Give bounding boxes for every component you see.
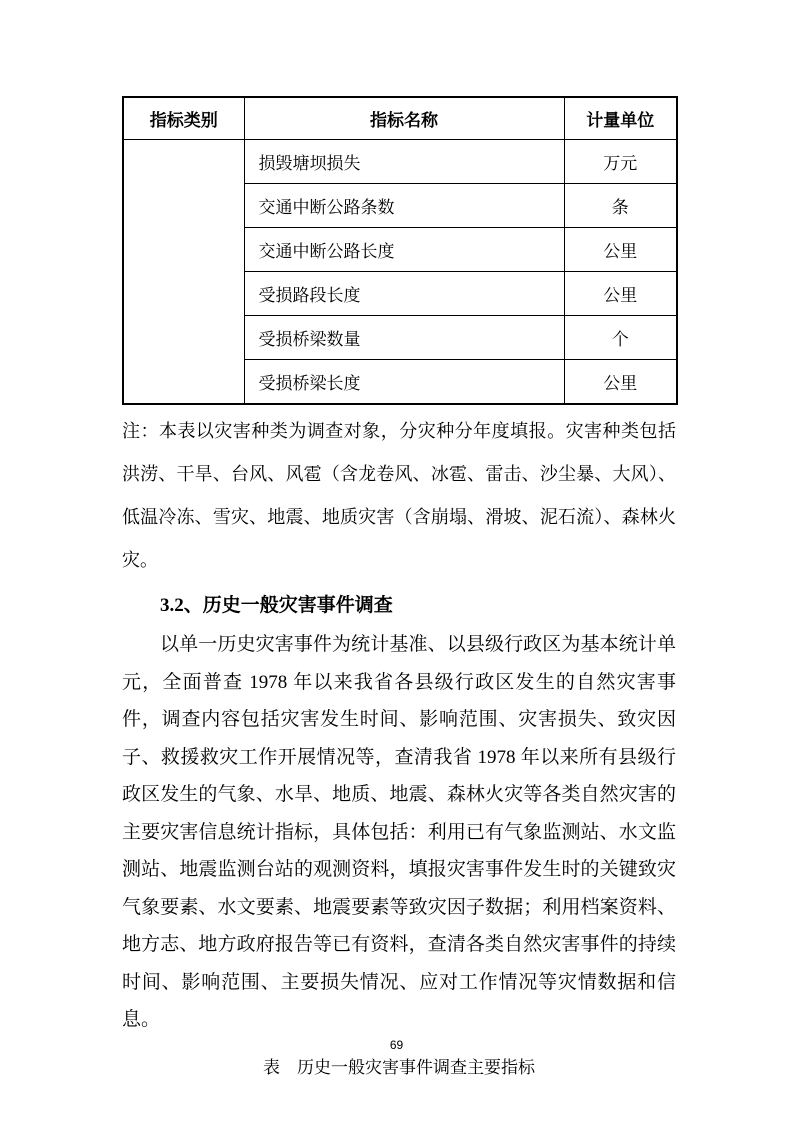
table-row: 损毁塘坝损失 万元	[123, 140, 677, 184]
section-heading: 3.2、历史一般灾害事件调查	[122, 590, 676, 622]
indicator-name-cell: 受损路段长度	[244, 272, 564, 316]
section-paragraph: 以单一历史灾害事件为统计基准、以县级行政区为基本统计单元，全面普查 1978 年…	[122, 626, 676, 1039]
indicator-table: 指标类别 指标名称 计量单位 损毁塘坝损失 万元 交通中断公路条数 条 交通中断…	[122, 96, 678, 405]
indicator-name-cell: 受损桥梁数量	[244, 316, 564, 360]
page-content: 指标类别 指标名称 计量单位 损毁塘坝损失 万元 交通中断公路条数 条 交通中断…	[122, 96, 676, 1078]
unit-cell: 条	[564, 184, 677, 228]
unit-cell: 万元	[564, 140, 677, 184]
indicator-name-cell: 交通中断公路长度	[244, 228, 564, 272]
unit-cell: 公里	[564, 272, 677, 316]
unit-cell: 个	[564, 316, 677, 360]
table-header-row: 指标类别 指标名称 计量单位	[123, 97, 677, 140]
document-page: 指标类别 指标名称 计量单位 损毁塘坝损失 万元 交通中断公路条数 条 交通中断…	[0, 0, 793, 1122]
page-number: 69	[0, 1038, 793, 1052]
indicator-name-cell: 损毁塘坝损失	[244, 140, 564, 184]
indicator-name-cell: 交通中断公路条数	[244, 184, 564, 228]
table-note: 注：本表以灾害种类为调查对象，分灾种分年度填报。灾害种类包括洪涝、干旱、台风、风…	[122, 410, 676, 582]
unit-cell: 公里	[564, 360, 677, 405]
header-indicator-category: 指标类别	[123, 97, 244, 140]
next-table-caption: 表 历史一般灾害事件调查主要指标	[122, 1053, 676, 1078]
indicator-name-cell: 受损桥梁长度	[244, 360, 564, 405]
unit-cell: 公里	[564, 228, 677, 272]
header-measure-unit: 计量单位	[564, 97, 677, 140]
header-indicator-name: 指标名称	[244, 97, 564, 140]
category-cell	[123, 140, 244, 405]
